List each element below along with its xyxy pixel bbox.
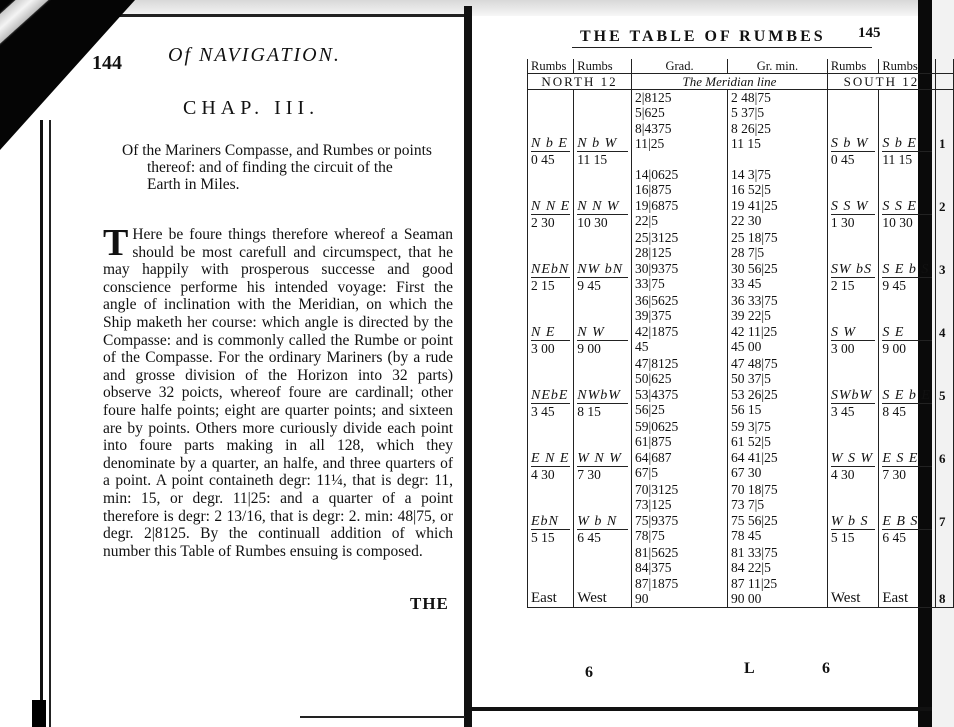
- south-rumb-value: 3 45: [831, 404, 875, 419]
- header-rumbs-5: Rumbs: [827, 59, 878, 74]
- north-rumb-name: N W: [577, 325, 628, 341]
- grmin-value: 28 7|5: [731, 245, 824, 260]
- north-rumb-value: 2 30: [531, 215, 570, 230]
- page-edge-left-inner: [49, 120, 51, 727]
- header-rumbs-1: Rumbs: [528, 59, 574, 74]
- header-point-blank: [936, 59, 954, 74]
- header-row: Rumbs Rumbs Grad. Gr. min. Rumbs Rumbs: [528, 59, 954, 74]
- north-rumb-value: 6 45: [577, 530, 628, 545]
- grmin-value: 42 11|25: [731, 324, 824, 339]
- north-rumb-name: E N E: [531, 451, 570, 467]
- grmin-value: 33 45: [731, 276, 824, 291]
- point-number: 6: [939, 451, 946, 466]
- north-rumb-value: 5 15: [531, 530, 570, 545]
- footer-mark-left: 6: [585, 664, 593, 682]
- south-rumb-value: 8 45: [882, 404, 932, 419]
- grad-value: 36|5625: [635, 293, 724, 308]
- north-rumb-value: 7 30: [577, 467, 628, 482]
- left-running-head: Of NAVIGATION.: [168, 44, 341, 67]
- footer-mark-right: 6: [822, 660, 830, 678]
- north-rumb-name: NEbE: [531, 388, 570, 404]
- cardinal-east: East: [531, 591, 570, 606]
- north-rumb-name: NWbW: [577, 388, 628, 404]
- north-rumb-value: 2 15: [531, 278, 570, 293]
- table-row: N E3 00 N W9 00 36|562539|37542|187545 3…: [528, 293, 954, 356]
- north-rumb-value: 0 45: [531, 152, 570, 167]
- header-gr-min: Gr. min.: [728, 59, 828, 74]
- cardinal-west: West: [831, 591, 875, 606]
- grmin-value: 2 48|75: [731, 90, 824, 105]
- grad-value: 67|5: [635, 465, 724, 480]
- grad-value: 19|6875: [635, 198, 724, 213]
- grad-value: 50|625: [635, 371, 724, 386]
- grad-value: 11|25: [635, 136, 724, 151]
- subheading-line-2: thereof: and of finding the circuit of t…: [122, 159, 452, 176]
- grad-value: 73|125: [635, 497, 724, 512]
- page-top-rule: [110, 14, 465, 17]
- south-rumb-name: S S W: [831, 199, 875, 215]
- grmin-value: 36 33|75: [731, 293, 824, 308]
- drop-cap: T: [103, 228, 128, 258]
- table-row: East West 81|562584|37587|187590 81 33|7…: [528, 545, 954, 608]
- north-rumb-name: NW bN: [577, 262, 628, 278]
- grad-value: 87|1875: [635, 576, 724, 591]
- north-rumb-name: N N E: [531, 199, 570, 215]
- grmin-value: 30 56|25: [731, 261, 824, 276]
- cardinal-east: East: [882, 591, 932, 606]
- south-rumb-name: E S E: [882, 451, 932, 467]
- grmin-value: 53 26|25: [731, 387, 824, 402]
- south-rumb-name: W S W: [831, 451, 875, 467]
- grad-value: 25|3125: [635, 230, 724, 245]
- south-rumb-name: E B S: [882, 514, 932, 530]
- south-rumb-value: 7 30: [882, 467, 932, 482]
- north-rumb-name: N N W: [577, 199, 628, 215]
- grmin-value: 64 41|25: [731, 450, 824, 465]
- grmin-value: 90 00: [731, 591, 824, 606]
- south-rumb-name: W b S: [831, 514, 875, 530]
- south-rumb-name: S W: [831, 325, 875, 341]
- grmin-value: 19 41|25: [731, 198, 824, 213]
- south-rumb-name: S E b S: [882, 262, 932, 278]
- grmin-value: 25 18|75: [731, 230, 824, 245]
- north-rumb-value: 3 45: [531, 404, 570, 419]
- south-rumb-value: 10 30: [882, 215, 932, 230]
- grad-value: 16|875: [635, 182, 724, 197]
- grad-value: 70|3125: [635, 482, 724, 497]
- grad-value: 64|687: [635, 450, 724, 465]
- book-gutter: [464, 6, 472, 727]
- north-rumb-value: 10 30: [577, 215, 628, 230]
- south-rumb-name: S E b E: [882, 388, 932, 404]
- grad-value: 33|75: [635, 276, 724, 291]
- grmin-value: 59 3|75: [731, 419, 824, 434]
- left-page-number: 144: [92, 52, 122, 75]
- grad-value: 30|9375: [635, 261, 724, 276]
- north-rumb-name: W N W: [577, 451, 628, 467]
- north-rumb-name: N b W: [577, 136, 628, 152]
- point-number: 1: [939, 136, 946, 151]
- grmin-value: 56 15: [731, 402, 824, 417]
- grmin-value: 22 30: [731, 213, 824, 228]
- header-rumbs-2: Rumbs: [574, 59, 632, 74]
- page-edge-left: [40, 120, 43, 727]
- grmin-value: 75 56|25: [731, 513, 824, 528]
- south-rumb-name: S S E: [882, 199, 932, 215]
- south-rumb-value: 5 15: [831, 530, 875, 545]
- grad-value: 53|4375: [635, 387, 724, 402]
- chapter-body: T Here be foure things therefore whereof…: [103, 226, 453, 560]
- subheading-line-3: Earth in Miles.: [122, 176, 452, 193]
- title-rule: [572, 47, 872, 48]
- point-number: 2: [939, 199, 946, 214]
- subheading-line-1: Of the Mariners Compasse, and Rumbes or …: [122, 142, 432, 159]
- north-rumb-name: N E: [531, 325, 570, 341]
- cardinal-west: West: [577, 591, 628, 606]
- grmin-value: 81 33|75: [731, 545, 824, 560]
- point-number: 4: [939, 325, 946, 340]
- grad-value: 14|0625: [635, 167, 724, 182]
- point-number: 3: [939, 262, 946, 277]
- grad-value: 42|1875: [635, 324, 724, 339]
- table-row: E N E4 30 W N W7 30 59|062561|87564|6876…: [528, 419, 954, 482]
- south-rumb-value: 0 45: [831, 152, 875, 167]
- point-number: 8: [939, 591, 946, 606]
- grmin-value: 39 22|5: [731, 308, 824, 323]
- grad-value: 45: [635, 339, 724, 354]
- grad-value: 2|8125: [635, 90, 724, 105]
- grad-value: 28|125: [635, 245, 724, 260]
- catchword: THE: [410, 594, 449, 614]
- grad-value: 5|625: [635, 105, 724, 120]
- table-row: EbN5 15 W b N6 45 70|312573|12575|937578…: [528, 482, 954, 545]
- south-rumb-name: SW bS: [831, 262, 875, 278]
- grmin-value: 67 30: [731, 465, 824, 480]
- grmin-value: 87 11|25: [731, 576, 824, 591]
- grad-value: 90: [635, 591, 724, 606]
- header-meridian-line: The Meridian line: [632, 74, 828, 90]
- grad-value: 39|375: [635, 308, 724, 323]
- north-rumb-value: 9 00: [577, 341, 628, 356]
- grad-value: 78|75: [635, 528, 724, 543]
- north-rumb-value: 8 15: [577, 404, 628, 419]
- south-rumb-name: S b E: [882, 136, 932, 152]
- grad-value: 22|5: [635, 213, 724, 228]
- header-rumbs-6: Rumbs: [879, 59, 936, 74]
- grad-value: 61|875: [635, 434, 724, 449]
- north-rumb-name: NEbN: [531, 262, 570, 278]
- grmin-value: 14 3|75: [731, 167, 824, 182]
- north-rumb-value: 11 15: [577, 152, 628, 167]
- north-rumb-value: 3 00: [531, 341, 570, 356]
- north-rumb-name: N b E: [531, 136, 570, 152]
- grmin-value: 78 45: [731, 528, 824, 543]
- grad-value: 8|4375: [635, 121, 724, 136]
- grad-value: 84|375: [635, 560, 724, 575]
- grmin-value: 16 52|5: [731, 182, 824, 197]
- header-grad: Grad.: [632, 59, 728, 74]
- grad-value: 47|8125: [635, 356, 724, 371]
- south-rumb-value: 11 15: [882, 152, 932, 167]
- point-number: 5: [939, 388, 946, 403]
- grmin-value: 73 7|5: [731, 497, 824, 512]
- north-rumb-value: 9 45: [577, 278, 628, 293]
- south-rumb-name: S b W: [831, 136, 875, 152]
- scan-corner-block: [32, 700, 46, 727]
- right-page-number: 145: [858, 25, 881, 42]
- south-rumb-value: 9 00: [882, 341, 932, 356]
- north-rumb-name: W b N: [577, 514, 628, 530]
- grmin-value: 47 48|75: [731, 356, 824, 371]
- south-rumb-name: S E: [882, 325, 932, 341]
- grmin-value: 84 22|5: [731, 560, 824, 575]
- table-row: N N E2 30 N N W10 30 14|062516|87519|687…: [528, 167, 954, 230]
- table-row: NEbE3 45 NWbW8 15 47|812550|62553|437556…: [528, 356, 954, 419]
- body-paragraph: Here be foure things therefore whereof a…: [103, 226, 453, 560]
- grmin-value: 8 26|25: [731, 121, 824, 136]
- grmin-value: 50 37|5: [731, 371, 824, 386]
- table-row: N b E0 45 N b W11 15 2|81255|6258|437511…: [528, 90, 954, 168]
- chapter-heading: CHAP. III.: [183, 97, 319, 120]
- south-rumb-value: 3 00: [831, 341, 875, 356]
- point-number: 7: [939, 514, 946, 529]
- table-title: THE TABLE OF RUMBES: [580, 28, 826, 46]
- south-rumb-value: 6 45: [882, 530, 932, 545]
- table-row: NEbN2 15 NW bN9 45 25|312528|12530|93753…: [528, 230, 954, 293]
- north-rumb-value: 4 30: [531, 467, 570, 482]
- north-rumb-name: EbN: [531, 514, 570, 530]
- grmin-value: 45 00: [731, 339, 824, 354]
- chapter-subheading: Of the Mariners Compasse, and Rumbes or …: [122, 142, 452, 193]
- header-south: SOUTH 12: [827, 74, 935, 90]
- header-north: NORTH 12: [528, 74, 632, 90]
- footer-mark-center: L: [744, 660, 755, 678]
- page-bottom-rule-left: [300, 716, 465, 718]
- grad-value: 75|9375: [635, 513, 724, 528]
- south-rumb-name: SWbW: [831, 388, 875, 404]
- grad-value: 81|5625: [635, 545, 724, 560]
- grmin-value: 61 52|5: [731, 434, 824, 449]
- page-bottom-rule-right: [472, 707, 932, 711]
- south-rumb-value: 4 30: [831, 467, 875, 482]
- grmin-value: 11 15: [731, 136, 824, 151]
- grad-value: 56|25: [635, 402, 724, 417]
- table-of-rumbes: Rumbs Rumbs Grad. Gr. min. Rumbs Rumbs N…: [527, 59, 954, 608]
- grmin-value: 5 37|5: [731, 105, 824, 120]
- south-rumb-value: 9 45: [882, 278, 932, 293]
- grad-value: 59|0625: [635, 419, 724, 434]
- header-point-blank-2: [936, 74, 954, 90]
- header-row-2: NORTH 12 The Meridian line SOUTH 12: [528, 74, 954, 90]
- south-rumb-value: 2 15: [831, 278, 875, 293]
- south-rumb-value: 1 30: [831, 215, 875, 230]
- grmin-value: 70 18|75: [731, 482, 824, 497]
